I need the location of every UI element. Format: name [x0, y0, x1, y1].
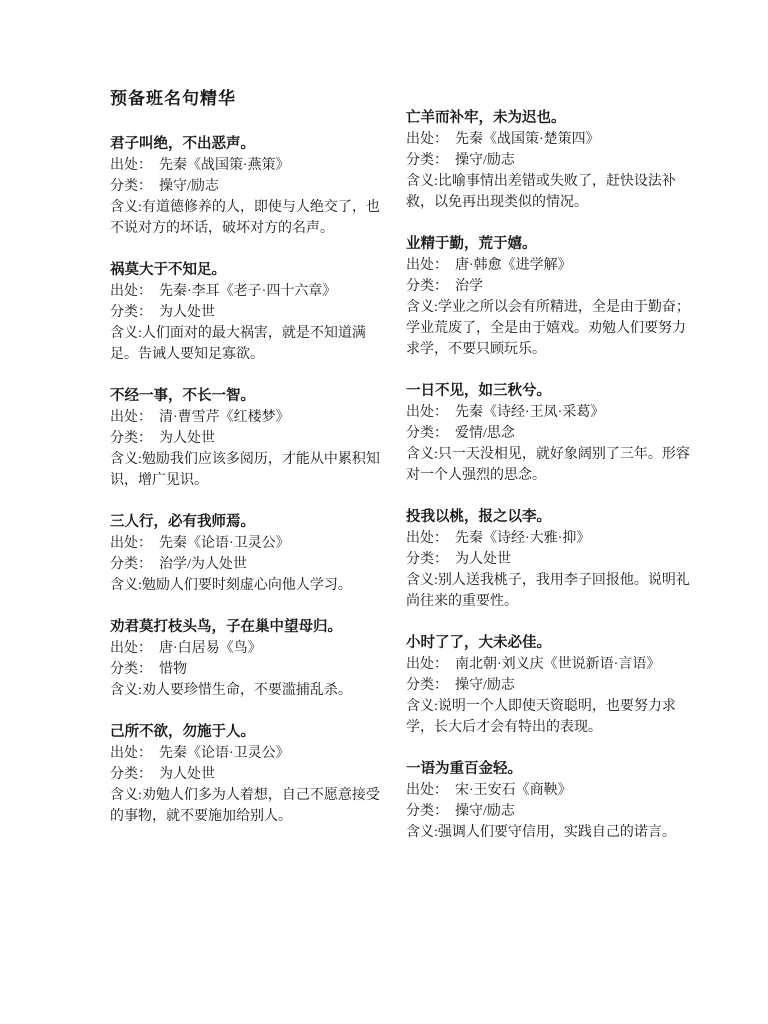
meaning-line: 含义:劝勉人们多为人着想，自己不愿意接受的事物，就不要施加给别人。	[110, 785, 390, 827]
source-value: 清·曹雪芹《红楼梦》	[159, 410, 290, 425]
meaning-line: 含义:学业之所以会有所精进，全是由于勤奋；学业荒废了，全是由于嬉戏。劝勉人们要努…	[406, 297, 692, 360]
category-label: 分类：	[110, 179, 152, 194]
meaning-line: 含义:别人送我桃子，我用李子回报他。说明礼尚往来的重要性。	[406, 570, 692, 612]
quote-text: 业精于勤，荒于嬉。	[406, 234, 692, 255]
quote-entry: 不经一事，不长一智。 出处：清·曹雪芹《红楼梦》 分类：为人处世 含义:勉励我们…	[110, 386, 390, 491]
category-value: 操守/励志	[159, 179, 219, 194]
source-label: 出处：	[406, 258, 448, 273]
meaning-label: 含义:	[406, 573, 438, 588]
source-label: 出处：	[110, 158, 152, 173]
meaning-label: 含义:	[110, 788, 142, 803]
quote-text: 君子叫绝，不出恶声。	[110, 134, 390, 155]
category-label: 分类：	[406, 279, 448, 294]
meaning-line: 含义:勉励人们要时刻虚心向他人学习。	[110, 575, 390, 596]
quote-text: 己所不欲，勿施于人。	[110, 722, 390, 743]
category-line: 分类：操守/励志	[406, 801, 692, 822]
source-label: 出处：	[406, 132, 448, 147]
quote-text: 一语为重百金轻。	[406, 759, 692, 780]
meaning-label: 含义:	[110, 452, 142, 467]
meaning-value: 只一天没相见，就好象阔别了三年。形容对一个人强烈的思念。	[406, 447, 690, 483]
category-label: 分类：	[406, 153, 448, 168]
category-line: 分类：治学/为人处世	[110, 554, 390, 575]
source-label: 出处：	[110, 641, 152, 656]
right-column: 亡羊而补牢，未为迟也。 出处：先秦《战国策·楚策四》 分类：操守/励志 含义:比…	[406, 88, 692, 1024]
category-label: 分类：	[406, 552, 448, 567]
meaning-label: 含义:	[110, 326, 142, 341]
source-line: 出处：先秦《战国策·燕策》	[110, 155, 390, 176]
category-label: 分类：	[110, 305, 152, 320]
meaning-line: 含义:劝人要珍惜生命，不要滥捕乱杀。	[110, 680, 390, 701]
quote-text: 小时了了，大未必佳。	[406, 633, 692, 654]
source-value: 宋·王安石《商鞅》	[455, 783, 572, 798]
source-value: 南北朝·刘义庆《世说新语·言语》	[455, 657, 660, 672]
quote-text: 不经一事，不长一智。	[110, 386, 390, 407]
meaning-line: 含义:勉励我们应该多阅历，才能从中累积知识，增广见识。	[110, 449, 390, 491]
meaning-value: 别人送我桃子，我用李子回报他。说明礼尚往来的重要性。	[406, 573, 690, 609]
meaning-value: 劝勉人们多为人着想，自己不愿意接受的事物，就不要施加给别人。	[110, 788, 380, 824]
source-line: 出处：宋·王安石《商鞅》	[406, 780, 692, 801]
meaning-label: 含义:	[406, 300, 438, 315]
source-value: 先秦·李耳《老子·四十六章》	[159, 284, 336, 299]
meaning-label: 含义:	[110, 200, 142, 215]
source-label: 出处：	[406, 783, 448, 798]
source-value: 先秦《论语·卫灵公》	[159, 746, 290, 761]
category-line: 分类：为人处世	[406, 549, 692, 570]
source-label: 出处：	[110, 746, 152, 761]
quote-entry: 祸莫大于不知足。 出处：先秦·李耳《老子·四十六章》 分类：为人处世 含义:人们…	[110, 260, 390, 365]
meaning-value: 有道德修养的人，即使与人绝交了，也不说对方的坏话，破坏对方的名声。	[110, 200, 380, 236]
source-value: 先秦《战国策·燕策》	[159, 158, 290, 173]
source-line: 出处：唐·韩愈《进学解》	[406, 255, 692, 276]
category-line: 分类：为人处世	[110, 302, 390, 323]
source-value: 先秦《战国策·楚策四》	[455, 132, 600, 147]
quote-text: 一日不见，如三秋兮。	[406, 381, 692, 402]
meaning-label: 含义:	[406, 447, 438, 462]
category-value: 爱情/思念	[455, 426, 515, 441]
source-label: 出处：	[110, 284, 152, 299]
category-value: 为人处世	[159, 305, 215, 320]
category-value: 惜物	[159, 662, 187, 677]
source-line: 出处：先秦《诗经·大雅·抑》	[406, 528, 692, 549]
meaning-label: 含义:	[110, 683, 142, 698]
category-line: 分类：惜物	[110, 659, 390, 680]
quote-entry: 三人行，必有我师焉。 出处：先秦《论语·卫灵公》 分类：治学/为人处世 含义:勉…	[110, 512, 390, 596]
source-line: 出处：先秦《诗经·王凤·采葛》	[406, 402, 692, 423]
category-line: 分类：操守/励志	[406, 675, 692, 696]
category-value: 操守/励志	[455, 804, 515, 819]
source-line: 出处：先秦《论语·卫灵公》	[110, 743, 390, 764]
category-label: 分类：	[110, 662, 152, 677]
quote-entry: 劝君莫打枝头鸟，子在巢中望母归。 出处：唐·白居易《鸟》 分类：惜物 含义:劝人…	[110, 617, 390, 701]
category-label: 分类：	[406, 678, 448, 693]
source-line: 出处：先秦《战国策·楚策四》	[406, 129, 692, 150]
meaning-label: 含义:	[110, 578, 142, 593]
category-line: 分类：操守/励志	[110, 176, 390, 197]
quote-text: 亡羊而补牢，未为迟也。	[406, 108, 692, 129]
meaning-line: 含义:人们面对的最大祸害，就是不知道满足。告诫人要知足寡欲。	[110, 323, 390, 365]
source-label: 出处：	[406, 531, 448, 546]
category-label: 分类：	[110, 557, 152, 572]
meaning-value: 劝人要珍惜生命，不要滥捕乱杀。	[142, 683, 352, 698]
meaning-line: 含义:说明一个人即使天资聪明，也要努力求学，长大后才会有特出的表现。	[406, 696, 692, 738]
meaning-label: 含义:	[406, 174, 438, 189]
meaning-value: 人们面对的最大祸害，就是不知道满足。告诫人要知足寡欲。	[110, 326, 366, 362]
meaning-line: 含义:比喻事情出差错或失败了，赶快设法补救，以免再出现类似的情况。	[406, 171, 692, 213]
quote-entry: 一语为重百金轻。 出处：宋·王安石《商鞅》 分类：操守/励志 含义:强调人们要守…	[406, 759, 692, 843]
category-label: 分类：	[110, 767, 152, 782]
category-value: 为人处世	[159, 767, 215, 782]
category-value: 为人处世	[159, 431, 215, 446]
source-line: 出处：唐·白居易《鸟》	[110, 638, 390, 659]
quote-text: 劝君莫打枝头鸟，子在巢中望母归。	[110, 617, 390, 638]
category-value: 治学/为人处世	[159, 557, 247, 572]
category-value: 为人处世	[455, 552, 511, 567]
source-value: 先秦《诗经·大雅·抑》	[455, 531, 590, 546]
meaning-line: 含义:有道德修养的人，即使与人绝交了，也不说对方的坏话，破坏对方的名声。	[110, 197, 390, 239]
quote-text: 投我以桃，报之以李。	[406, 507, 692, 528]
source-label: 出处：	[406, 405, 448, 420]
meaning-value: 说明一个人即使天资聪明，也要努力求学，长大后才会有特出的表现。	[406, 699, 676, 735]
meaning-value: 勉励我们应该多阅历，才能从中累积知识，增广见识。	[110, 452, 380, 488]
source-line: 出处：先秦·李耳《老子·四十六章》	[110, 281, 390, 302]
category-value: 治学	[455, 279, 483, 294]
category-label: 分类：	[110, 431, 152, 446]
category-line: 分类：为人处世	[110, 764, 390, 785]
source-value: 先秦《诗经·王凤·采葛》	[455, 405, 604, 420]
quote-entry: 业精于勤，荒于嬉。 出处：唐·韩愈《进学解》 分类：治学 含义:学业之所以会有所…	[406, 234, 692, 360]
meaning-line: 含义:强调人们要守信用，实践自己的诺言。	[406, 822, 692, 843]
meaning-value: 勉励人们要时刻虚心向他人学习。	[142, 578, 352, 593]
document-page: 预备班名句精华 君子叫绝，不出恶声。 出处：先秦《战国策·燕策》 分类：操守/励…	[0, 0, 768, 1024]
category-value: 操守/励志	[455, 153, 515, 168]
quote-text: 祸莫大于不知足。	[110, 260, 390, 281]
source-value: 唐·白居易《鸟》	[159, 641, 262, 656]
quote-entry: 己所不欲，勿施于人。 出处：先秦《论语·卫灵公》 分类：为人处世 含义:劝勉人们…	[110, 722, 390, 827]
source-label: 出处：	[406, 657, 448, 672]
quote-entry: 亡羊而补牢，未为迟也。 出处：先秦《战国策·楚策四》 分类：操守/励志 含义:比…	[406, 108, 692, 213]
source-label: 出处：	[110, 410, 152, 425]
meaning-line: 含义:只一天没相见，就好象阔别了三年。形容对一个人强烈的思念。	[406, 444, 692, 486]
meaning-label: 含义:	[406, 825, 438, 840]
category-line: 分类：爱情/思念	[406, 423, 692, 444]
quote-entry: 一日不见，如三秋兮。 出处：先秦《诗经·王凤·采葛》 分类：爱情/思念 含义:只…	[406, 381, 692, 486]
source-value: 先秦《论语·卫灵公》	[159, 536, 290, 551]
meaning-label: 含义:	[406, 699, 438, 714]
meaning-value: 强调人们要守信用，实践自己的诺言。	[438, 825, 676, 840]
quote-entry: 小时了了，大未必佳。 出处：南北朝·刘义庆《世说新语·言语》 分类：操守/励志 …	[406, 633, 692, 738]
category-label: 分类：	[406, 804, 448, 819]
source-value: 唐·韩愈《进学解》	[455, 258, 572, 273]
source-line: 出处：清·曹雪芹《红楼梦》	[110, 407, 390, 428]
category-line: 分类：治学	[406, 276, 692, 297]
category-value: 操守/励志	[455, 678, 515, 693]
quote-entry: 君子叫绝，不出恶声。 出处：先秦《战国策·燕策》 分类：操守/励志 含义:有道德…	[110, 134, 390, 239]
source-line: 出处：南北朝·刘义庆《世说新语·言语》	[406, 654, 692, 675]
page-title: 预备班名句精华	[110, 88, 390, 110]
category-line: 分类：为人处世	[110, 428, 390, 449]
meaning-value: 学业之所以会有所精进，全是由于勤奋；学业荒废了，全是由于嬉戏。劝勉人们要努力求学…	[406, 300, 690, 357]
category-line: 分类：操守/励志	[406, 150, 692, 171]
meaning-value: 比喻事情出差错或失败了，赶快设法补救，以免再出现类似的情况。	[406, 174, 676, 210]
source-line: 出处：先秦《论语·卫灵公》	[110, 533, 390, 554]
left-column: 预备班名句精华 君子叫绝，不出恶声。 出处：先秦《战国策·燕策》 分类：操守/励…	[110, 88, 390, 1024]
quote-entry: 投我以桃，报之以李。 出处：先秦《诗经·大雅·抑》 分类：为人处世 含义:别人送…	[406, 507, 692, 612]
category-label: 分类：	[406, 426, 448, 441]
quote-text: 三人行，必有我师焉。	[110, 512, 390, 533]
source-label: 出处：	[110, 536, 152, 551]
